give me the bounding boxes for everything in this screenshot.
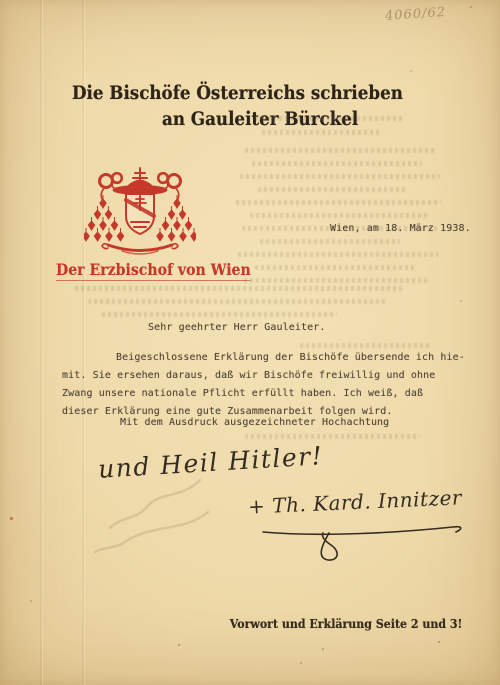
- body-line: mit. Sie ersehen daraus, daß wir Bischöf…: [62, 367, 465, 385]
- salutation: Sehr geehrter Herr Gauleiter.: [148, 322, 326, 333]
- fold-line: [40, 0, 42, 685]
- closing-line: Mit dem Ausdruck ausgezeichneter Hochach…: [120, 417, 389, 428]
- body-line: Beigeschlossene Erklärung der Bischöfe ü…: [62, 349, 465, 367]
- signature-flourish: [225, 515, 470, 570]
- letter-body: Beigeschlossene Erklärung der Bischöfe ü…: [62, 349, 465, 421]
- headline-line1: Die Bischöfe Österreichs schrieben: [72, 82, 403, 104]
- body-line: Zwang unsere nationale Pflicht erfüllt h…: [62, 385, 465, 403]
- sender-letterhead: Der Erzbischof von Wien: [56, 260, 251, 281]
- cardinal-coat-of-arms-icon: [84, 166, 196, 262]
- archival-number-pencil: 4060/62: [385, 5, 447, 24]
- scanned-letter-page: 4060/62 Die Bischöfe Österreichs schrieb…: [0, 0, 500, 685]
- tassel-pyramid-left: [84, 195, 124, 241]
- bleed-through-handwriting: [80, 472, 240, 562]
- dateline: Wien, am 18. März 1938.: [330, 223, 471, 234]
- handwritten-signature: + Th. Kard. Innitzer: [248, 485, 463, 518]
- footer-caption: Vorwort und Erklärung Seite 2 und 3!: [229, 616, 462, 631]
- tassel-pyramid-right: [157, 195, 196, 241]
